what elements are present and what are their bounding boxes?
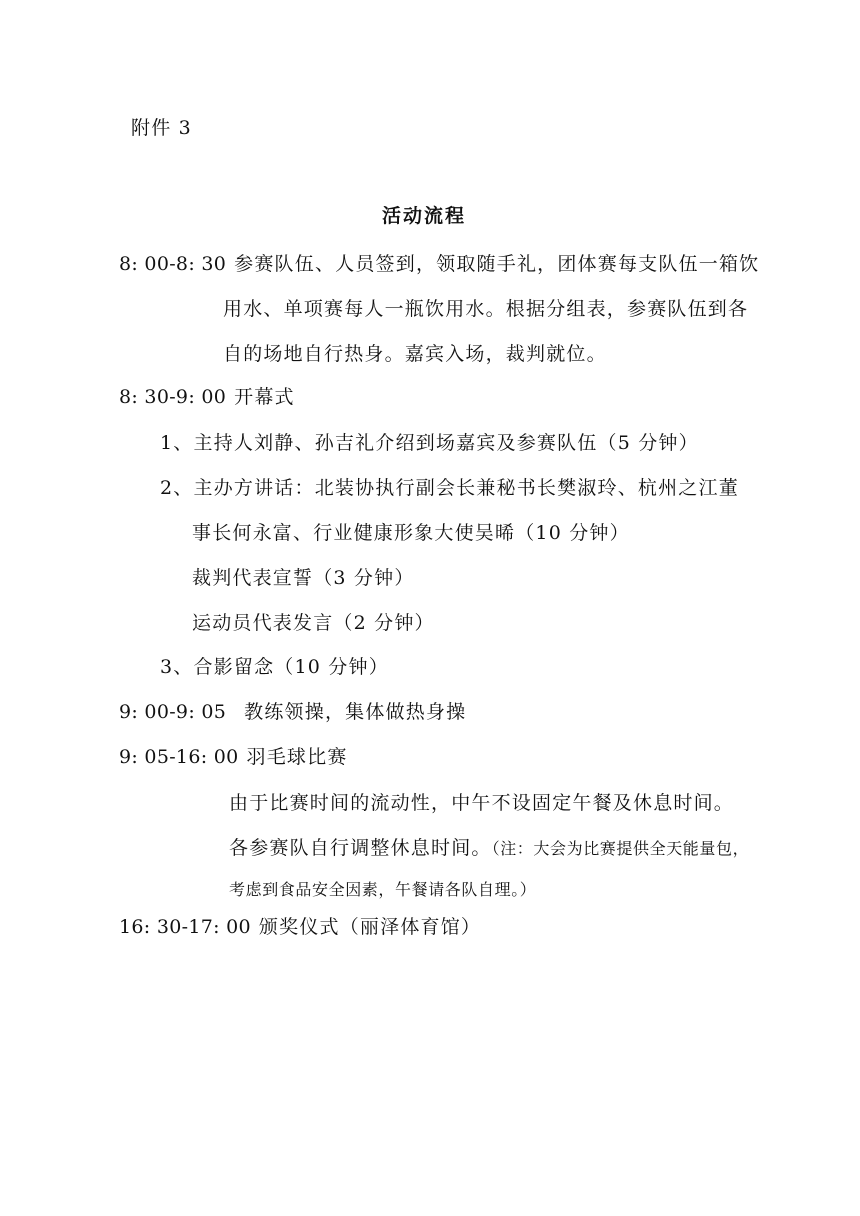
schedule-time: 8: 00-8: 30 bbox=[119, 253, 226, 275]
attachment-label: 附件 3 bbox=[131, 116, 192, 140]
schedule-entry-opening: 8: 30-9: 00开幕式 bbox=[119, 385, 295, 409]
schedule-entry-signin: 8: 00-8: 30参赛队伍、人员签到，领取随手礼，团体赛每支队伍一箱饮 bbox=[119, 252, 759, 276]
opening-item: 3、合影留念（10 分钟） bbox=[160, 655, 389, 679]
document-page: 附件 3 活动流程 8: 00-8: 30参赛队伍、人员签到，领取随手礼，团体赛… bbox=[0, 0, 860, 1216]
schedule-text: 由于比赛时间的流动性，中午不设固定午餐及休息时间。 bbox=[229, 791, 734, 815]
opening-item: 运动员代表发言（2 分钟） bbox=[192, 611, 435, 635]
schedule-text: 参赛队伍、人员签到，领取随手礼，团体赛每支队伍一箱饮 bbox=[234, 253, 759, 275]
schedule-title: 教练领操，集体做热身操 bbox=[244, 701, 466, 723]
schedule-time: 16: 30-17: 00 bbox=[119, 916, 251, 938]
schedule-text-main: 各参赛队自行调整休息时间。 bbox=[229, 837, 492, 859]
opening-item: 2、主办方讲话：北装协执行副会长兼秘书长樊淑玲、杭州之江董 bbox=[160, 476, 739, 500]
schedule-note: 考虑到食品安全因素，午餐请各队自理。） bbox=[229, 878, 536, 902]
opening-item: 事长何永富、行业健康形象大使吴晞（10 分钟） bbox=[192, 521, 630, 545]
schedule-text: 各参赛队自行调整休息时间。（注：大会为比赛提供全天能量包， bbox=[229, 836, 749, 861]
opening-item: 1、主持人刘静、孙吉礼介绍到场嘉宾及参赛队伍（5 分钟） bbox=[160, 431, 699, 455]
schedule-entry-badminton: 9: 05-16: 00羽毛球比赛 bbox=[119, 745, 348, 769]
schedule-note: （注：大会为比赛提供全天能量包， bbox=[492, 839, 750, 858]
schedule-text: 用水、单项赛每人一瓶饮用水。根据分组表，参赛队伍到各 bbox=[223, 297, 748, 321]
schedule-title: 羽毛球比赛 bbox=[247, 746, 348, 768]
opening-item: 裁判代表宣誓（3 分钟） bbox=[192, 566, 415, 590]
schedule-time: 9: 05-16: 00 bbox=[119, 746, 239, 768]
document-title: 活动流程 bbox=[382, 204, 466, 228]
schedule-entry-award: 16: 30-17: 00颁奖仪式（丽泽体育馆） bbox=[119, 915, 481, 939]
schedule-title: 颁奖仪式（丽泽体育馆） bbox=[259, 916, 481, 938]
schedule-title: 开幕式 bbox=[234, 386, 295, 408]
schedule-text: 自的场地自行热身。嘉宾入场，裁判就位。 bbox=[223, 342, 607, 366]
schedule-time: 8: 30-9: 00 bbox=[119, 386, 226, 408]
schedule-time: 9: 00-9: 05 bbox=[119, 701, 226, 723]
schedule-entry-warmup: 9: 00-9: 05教练领操，集体做热身操 bbox=[119, 700, 466, 724]
